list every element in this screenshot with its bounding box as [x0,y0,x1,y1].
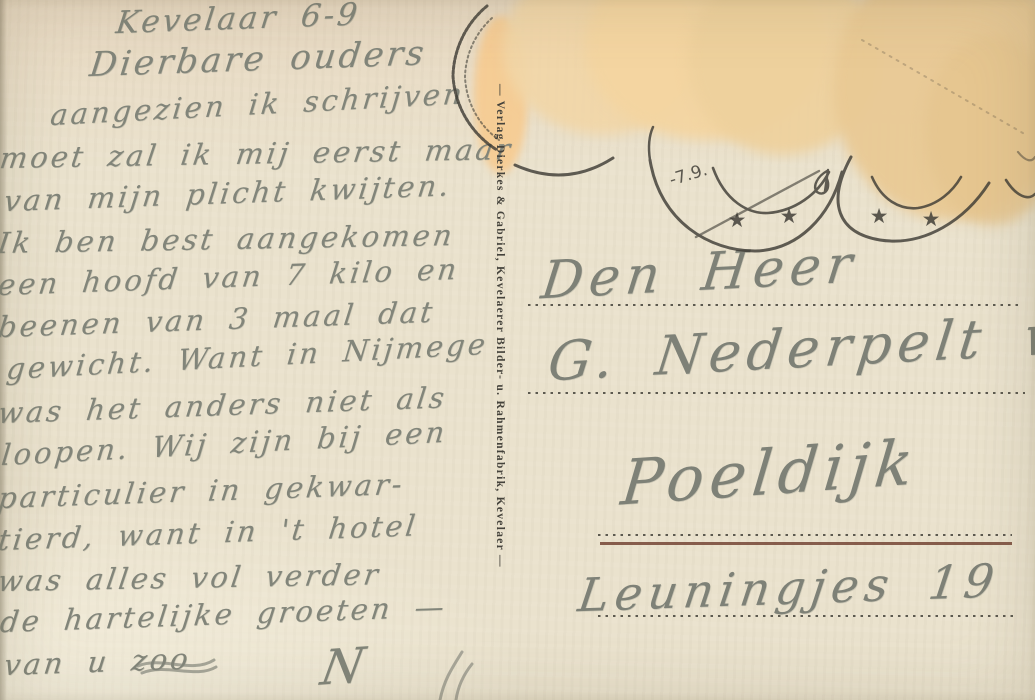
message-line: aangezien ik schrijven [49,79,466,130]
signature: N [317,641,370,693]
publisher-imprint: — Verlag Dierkes & Gabriel, Kevelaerer B… [494,84,506,659]
address-dotted-line [528,392,1025,394]
postcard: Kevelaar 6-9 Dierbare ouders aangezien i… [0,0,1035,700]
postmark-arc [515,158,613,175]
address-rule-line [600,542,1012,545]
signature-flourish [440,652,472,700]
message-line: moet zal ik mij eerst maar [0,135,515,173]
postmark-inner-ring [713,168,829,213]
address-line-4: Leuningjes 19 [575,557,1002,618]
postmark-smudge-line [696,171,819,237]
postmark-star-icon: ★ [870,204,889,228]
message-salutation: Dierbare ouders [88,36,429,82]
message-line: tierd, want in 't hotel [0,511,420,555]
message-line: was alles vol verder [0,560,383,596]
message-line: van u zoo [2,644,192,680]
message-line: een hoofd van 7 kilo en [0,255,461,300]
message-line: particulier in gekwar- [0,470,406,513]
address-dotted-line [598,615,1015,617]
postmark-date: -7.9. [667,160,710,190]
postmark-mark [815,170,828,194]
address-dotted-line [598,534,1012,536]
message-line: Ik ben best aangekomen [0,221,457,258]
address-line-1: Den Heer [539,238,861,307]
message-line: van mijn plicht kwijten. [2,171,453,216]
message-heading: Kevelaar 6-9 [114,0,362,39]
postmark-star-icon: ★ [728,208,747,232]
address-line-2: G. Nederpelt w [545,307,1035,389]
message-line: de hartelijke groeten — [0,592,449,637]
postmark-star-icon: ★ [780,204,799,228]
postmark-arc [649,127,653,160]
address-dotted-line [528,304,1022,306]
address-line-3: Poeldijk [618,431,921,514]
